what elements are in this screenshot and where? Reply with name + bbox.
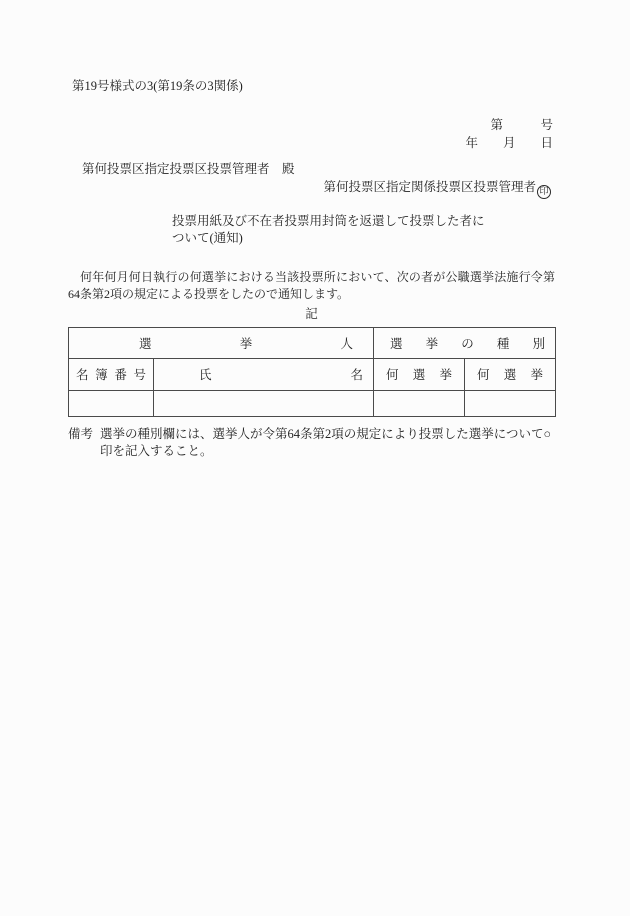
column-header-election-1: 何選挙 <box>374 358 465 390</box>
remarks-label: 備考 <box>68 426 93 460</box>
group-header-elector: 選挙人 <box>69 327 374 358</box>
addressee-line: 第何投票区指定投票区投票管理者 殿 <box>82 161 555 177</box>
cell-election-2 <box>465 390 556 416</box>
table-row <box>69 390 556 416</box>
remarks-text: 選挙の種別欄には、選挙人が令第64条第2項の規定により投票した選挙について○ 印… <box>100 426 555 460</box>
body-line-1: 何年何月何日執行の何選挙における当該投票所において、次の者が公職選挙法施行令第 <box>68 269 555 287</box>
voters-table: 選挙人 選挙の種別 名簿番号 氏名 何選挙 何選挙 <box>68 327 556 417</box>
column-header-name: 氏名 <box>154 358 374 390</box>
group-header-election-type: 選挙の種別 <box>374 327 556 358</box>
date-line: 年 月 日 <box>68 134 553 152</box>
group-header-elector-label: 選挙人 <box>69 334 373 352</box>
sender-name: 第何投票区指定関係投票区投票管理者 <box>323 180 536 194</box>
document-number-date-block: 第 号 年 月 日 <box>68 116 555 152</box>
column-header-roll-number-label: 名簿番号 <box>69 365 153 383</box>
group-header-election-type-label: 選挙の種別 <box>374 334 555 352</box>
seal-icon: 印 <box>537 185 551 199</box>
column-header-election-2-label: 何選挙 <box>465 365 555 383</box>
seal-character: 印 <box>539 187 548 196</box>
title-line-2: ついて(通知) <box>172 230 555 247</box>
document-page: 第19号様式の3(第19条の3関係) 第 号 年 月 日 第何投票区指定投票区投… <box>0 0 630 916</box>
title-line-1: 投票用紙及び不在者投票用封筒を返還して投票した者に <box>172 213 555 230</box>
document-number-line: 第 号 <box>68 116 553 134</box>
table-group-header-row: 選挙人 選挙の種別 <box>69 327 556 358</box>
column-header-roll-number: 名簿番号 <box>69 358 154 390</box>
sender-line: 第何投票区指定関係投票区投票管理者印 <box>68 179 555 199</box>
remarks-note: 備考 選挙の種別欄には、選挙人が令第64条第2項の規定により投票した選挙について… <box>68 426 555 460</box>
document-content: 第19号様式の3(第19条の3関係) 第 号 年 月 日 第何投票区指定投票区投… <box>68 78 555 460</box>
column-header-election-2: 何選挙 <box>465 358 556 390</box>
remarks-line-2: 印を記入すること。 <box>100 443 555 460</box>
cell-roll-number <box>69 390 154 416</box>
body-line-2: 64条第2項の規定による投票をしたので通知します。 <box>68 286 555 304</box>
body-paragraph: 何年何月何日執行の何選挙における当該投票所において、次の者が公職選挙法施行令第 … <box>68 269 555 304</box>
column-header-name-label: 氏名 <box>154 365 373 383</box>
cell-name <box>154 390 374 416</box>
remarks-line-1: 選挙の種別欄には、選挙人が令第64条第2項の規定により投票した選挙について○ <box>100 426 555 443</box>
table-column-header-row: 名簿番号 氏名 何選挙 何選挙 <box>69 358 556 390</box>
document-title: 投票用紙及び不在者投票用封筒を返還して投票した者に ついて(通知) <box>172 213 555 247</box>
record-heading: 記 <box>68 307 555 322</box>
cell-election-1 <box>374 390 465 416</box>
column-header-election-1-label: 何選挙 <box>374 365 464 383</box>
form-number: 第19号様式の3(第19条の3関係) <box>72 78 555 94</box>
